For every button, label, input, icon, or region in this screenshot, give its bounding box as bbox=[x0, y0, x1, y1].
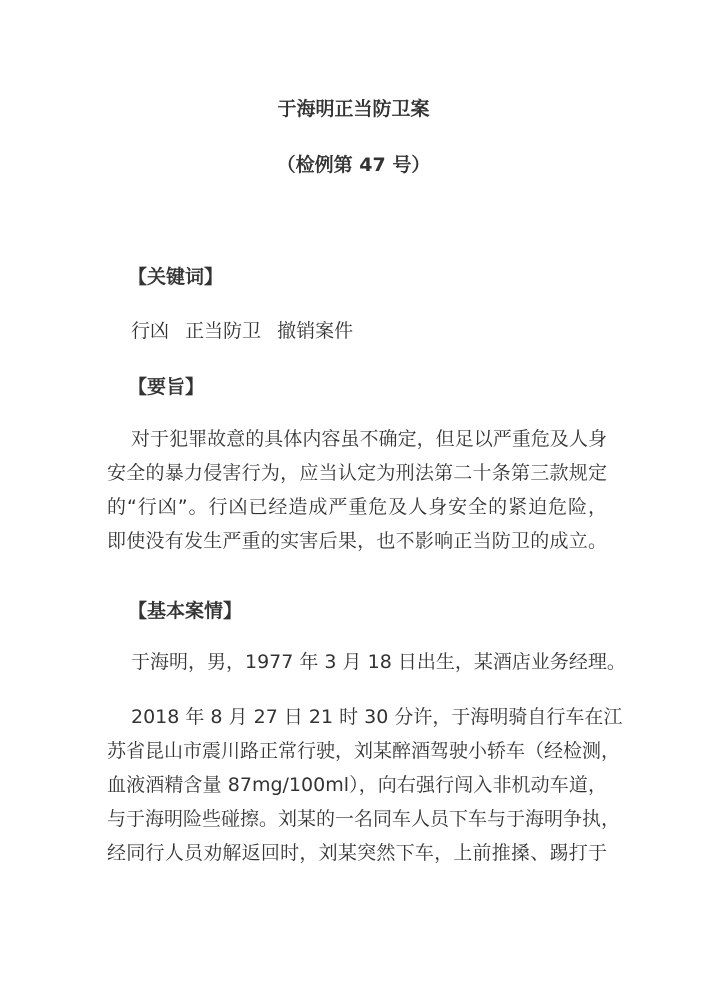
text-line: 苏省昆山市震川路正常行驶，刘某醉酒驾驶小轿车（经检测， bbox=[107, 734, 607, 768]
text-line: 的“行凶”。行凶已经造成严重危及人身安全的紧迫危险， bbox=[107, 490, 607, 524]
keywords-heading: 【关键词】 bbox=[128, 262, 223, 289]
keyword: 正当防卫 bbox=[185, 320, 261, 342]
text-line: 即使没有发生严重的实害后果，也不影响正当防卫的成立。 bbox=[107, 524, 607, 558]
facts-paragraph-2: 2018 年 8 月 27 日 21 时 30 分许，于海明骑自行车在江 苏省昆… bbox=[107, 700, 607, 870]
text-line: 与于海明险些碰擦。刘某的一名同车人员下车与于海明争执， bbox=[107, 802, 607, 836]
document-page: 于海明正当防卫案 （检例第 47 号） 【关键词】 行凶 正当防卫 撤销案件 【… bbox=[0, 0, 707, 999]
keyword: 撤销案件 bbox=[277, 320, 353, 342]
text-line: 对于犯罪故意的具体内容虽不确定，但足以严重危及人身 bbox=[107, 422, 607, 456]
facts-heading: 【基本案情】 bbox=[128, 596, 242, 623]
text-line: 2018 年 8 月 27 日 21 时 30 分许，于海明骑自行车在江 bbox=[107, 700, 607, 734]
text-line: 于海明，男，1977 年 3 月 18 日出生，某酒店业务经理。 bbox=[107, 645, 607, 679]
gist-heading: 【要旨】 bbox=[128, 372, 204, 399]
document-title: 于海明正当防卫案 bbox=[0, 94, 707, 121]
gist-paragraph: 对于犯罪故意的具体内容虽不确定，但足以严重危及人身 安全的暴力侵害行为，应当认定… bbox=[107, 422, 607, 558]
text-line: 血液酒精含量 87mg/100ml），向右强行闯入非机动车道， bbox=[107, 768, 607, 802]
facts-paragraph-1: 于海明，男，1977 年 3 月 18 日出生，某酒店业务经理。 bbox=[107, 645, 607, 679]
document-subtitle: （检例第 47 号） bbox=[0, 150, 707, 177]
keyword: 行凶 bbox=[131, 320, 169, 342]
text-line: 经同行人员劝解返回时，刘某突然下车，上前推搡、踢打于 bbox=[107, 836, 607, 870]
text-line: 安全的暴力侵害行为，应当认定为刑法第二十条第三款规定 bbox=[107, 456, 607, 490]
keywords-list: 行凶 正当防卫 撤销案件 bbox=[131, 316, 363, 343]
